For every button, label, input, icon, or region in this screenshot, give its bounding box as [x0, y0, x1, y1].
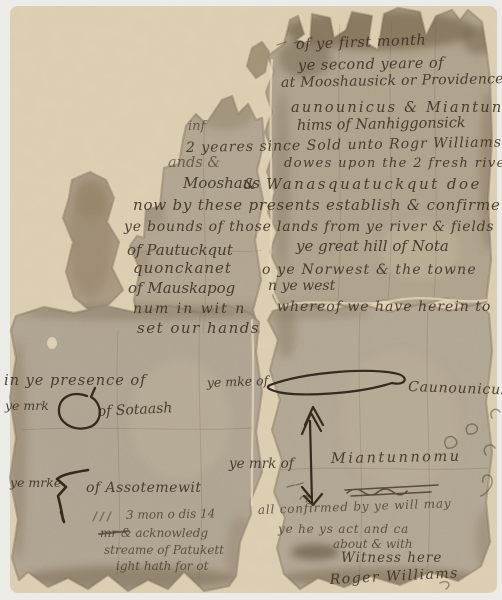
deed-line: ye second yeare of [297, 55, 447, 74]
deed-line-fragmentary: inf [188, 119, 208, 134]
deed-line: ye great hill of Nota [295, 237, 449, 255]
paper-hole [47, 337, 57, 349]
sotaash-mark-label: ye mrk [4, 398, 49, 413]
manuscript-photo: of ye first month ye second yeare of at … [0, 0, 502, 600]
witness-presence: in ye presence of [4, 373, 148, 389]
memo-line: ight hath for ot [116, 559, 209, 573]
deed-line: hims of Nanhiggonsick [297, 115, 466, 134]
caunounicus-mark-label: ye mke of [206, 373, 271, 390]
deed-line: o ye Norwest & the towne [262, 262, 477, 278]
deed-line: set our hands [137, 319, 260, 337]
deed-line: of Pautuckqut [127, 241, 234, 259]
deed-line-fragmentary: ands & [168, 155, 220, 171]
memo-line: 3 mon o dis 14 [126, 506, 216, 522]
deed-line: dowes upon the 2 fresh rivers [284, 156, 502, 171]
deed-line: of Mauskapog [128, 279, 235, 297]
memo-line: streame of Patukett [104, 543, 224, 557]
miantunnomu-mark-label: ye mrk of [228, 456, 296, 472]
memo-line: about & with [333, 537, 413, 551]
deed-line: num in wit n [133, 301, 246, 317]
assotemewit-mark-label: ye mrke [9, 475, 61, 490]
torn-edge-highlight [252, 320, 253, 505]
miantunnomu-name: Miantunnomu [330, 449, 462, 467]
deed-line: now by these presents establish & confir… [133, 196, 501, 214]
witness-here-label: Witness here [341, 550, 442, 566]
deed-line: ye bounds of those lands from ye river &… [123, 219, 494, 235]
deed-manuscript: of ye first month ye second yeare of at … [0, 0, 502, 600]
deed-line: n ye west [268, 278, 336, 294]
assotemewit-name: of Assotemewit [86, 480, 202, 496]
deed-line: quonckanet [133, 259, 232, 277]
deed-line: whereof we have herein to [277, 299, 491, 315]
memo-line: mr & acknowledg [100, 526, 208, 540]
deed-line: & Wanasquatuckqut doe [243, 175, 482, 193]
deed-line: aunounicus & Miantunn [291, 100, 502, 116]
memo-line: ye he ys act and ca [277, 522, 409, 536]
